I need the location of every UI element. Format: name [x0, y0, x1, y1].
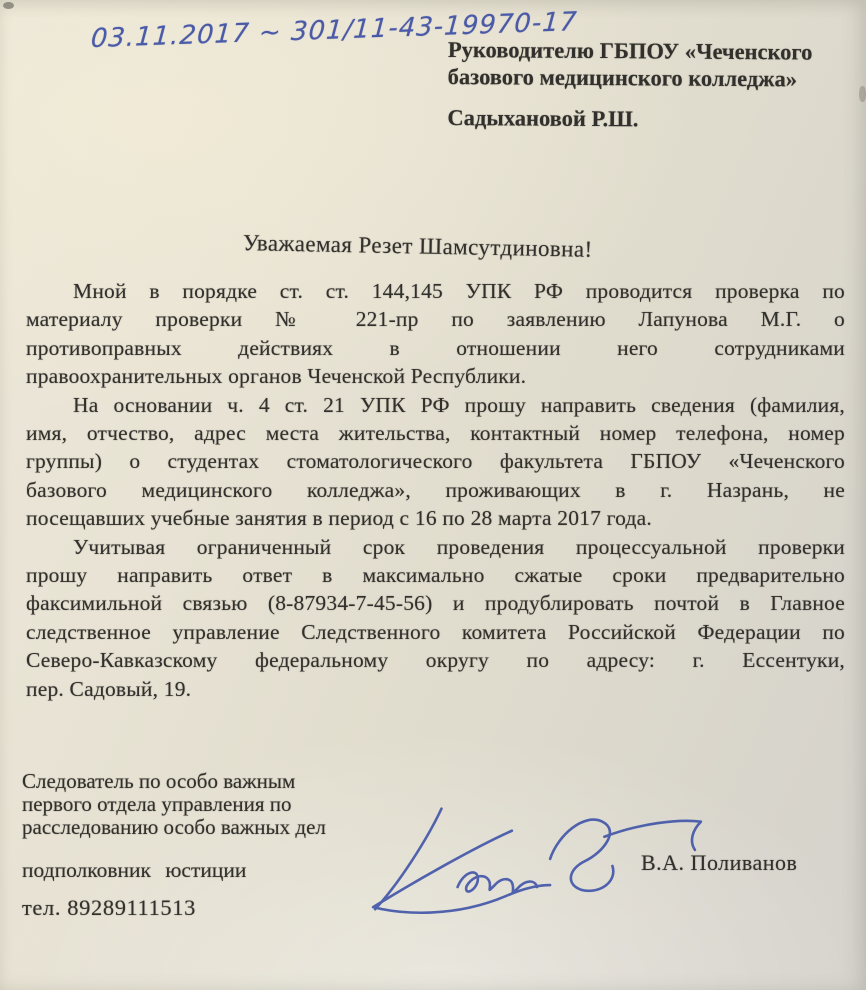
scanned-letter-page: 03.11.2017 ~ 301/11-43-19970-17 Руководи… — [0, 0, 866, 990]
body-line: материалу проверки № 221-пр по заявлению… — [26, 305, 845, 333]
signature-stroke — [550, 820, 613, 891]
body-line: следственное управление Следственного ко… — [26, 618, 845, 646]
body-line: Мной в порядке ст. ст. 144,145 УПК РФ пр… — [26, 277, 845, 305]
scan-artifact-speck — [859, 86, 866, 102]
recipient-name: Садыхановой Р.Ш. — [447, 104, 849, 134]
recipient-line: Руководителю ГБПОУ «Чеченского — [448, 36, 850, 66]
body-line: Северо-Кавказскому федеральному округу п… — [26, 646, 845, 674]
recipient-block: Руководителю ГБПОУ «Чеченского базового … — [447, 36, 850, 134]
letter-body: Мной в порядке ст. ст. 144,145 УПК РФ пр… — [26, 277, 845, 703]
position-line: расследованию особо важных дел — [22, 816, 362, 839]
handwritten-signature — [353, 796, 715, 958]
body-line: посещавших учебные занятия в период с 16… — [26, 504, 845, 532]
signer-position-block: Следователь по особо важным первого отде… — [22, 770, 362, 838]
body-line: группы) о студентах стоматологического ф… — [26, 447, 845, 475]
signer-rank: подполковник юстиции — [22, 858, 246, 883]
body-line: противоправных действиях в отношении нег… — [26, 334, 845, 362]
body-line: пер. Садовый, 19. — [26, 675, 845, 703]
signer-phone: тел. 89289111513 — [22, 895, 196, 921]
body-line: имя, отчество, адрес места жительства, к… — [26, 419, 845, 447]
signer-name: В.А. Поливанов — [641, 850, 797, 876]
body-line: Учитывая ограниченный срок проведения пр… — [26, 533, 845, 561]
greeting-line: Уважаемая Резет Шамсутдиновна! — [28, 226, 808, 267]
body-line: правоохранительных органов Чеченской Рес… — [26, 362, 845, 390]
position-line: первого отдела управления по — [22, 793, 362, 816]
recipient-line: базового медицинского колледжа» — [448, 63, 850, 93]
signature-stroke — [373, 831, 550, 913]
position-line: Следователь по особо важным — [22, 770, 362, 793]
scan-artifact-speck — [3, 2, 14, 9]
body-line: базового медицинского колледжа», прожива… — [26, 476, 845, 504]
body-line: прошу направить ответ в максимально сжат… — [26, 561, 845, 589]
signature-stroke — [604, 821, 701, 850]
body-line: факсимильной связью (8-87934-7-45-56) и … — [26, 589, 845, 617]
signature-stroke — [375, 809, 441, 910]
body-line: На основании ч. 4 ст. 21 УПК РФ прошу на… — [26, 391, 845, 419]
